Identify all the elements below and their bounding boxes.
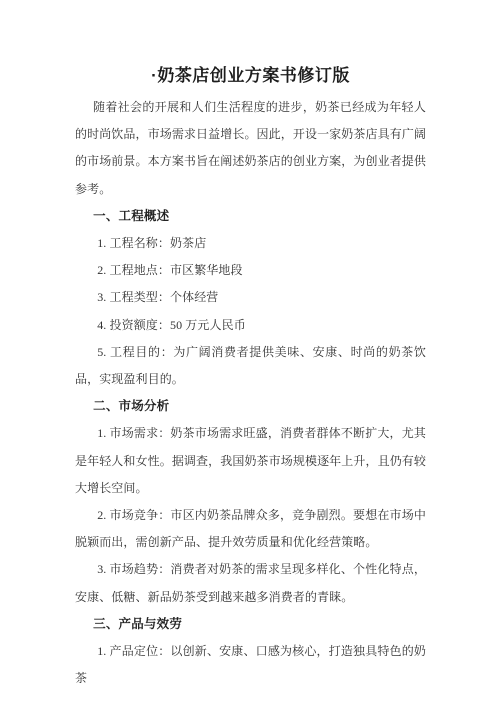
section-item: 3. 工程类型：个体经营 xyxy=(75,284,426,311)
sections-container: 一、工程概述1. 工程名称：奶茶店2. 工程地点：市区繁华地段3. 工程类型：个… xyxy=(75,203,426,693)
section-item: 2. 工程地点：市区繁华地段 xyxy=(75,257,426,284)
document-page: ·奶茶店创业方案书修订版 随着社会的开展和人们生活程度的进步，奶茶已经成为年轻人… xyxy=(0,0,500,707)
section-heading: 三、产品与效劳 xyxy=(75,611,426,638)
section-item: 3. 市场趋势：消费者对奶茶的需求呈现多样化、个性化特点，安康、低糖、新品奶茶受… xyxy=(75,556,426,610)
document-title: ·奶茶店创业方案书修订版 xyxy=(75,62,426,90)
section-heading: 二、市场分析 xyxy=(75,393,426,420)
section-item: 1. 产品定位：以创新、安康、口感为核心，打造独具特色的奶茶 xyxy=(75,638,426,692)
section-item: 5. 工程目的：为广阔消费者提供美味、安康、时尚的奶茶饮品，实现盈利目的。 xyxy=(75,339,426,393)
section-item: 1. 工程名称：奶茶店 xyxy=(75,230,426,257)
section-item: 2. 市场竞争：市区内奶茶品牌众多，竞争剧烈。要想在市场中脱颖而出，需创新产品、… xyxy=(75,502,426,556)
section-item: 4. 投资额度：50 万元人民币 xyxy=(75,312,426,339)
section-heading: 一、工程概述 xyxy=(75,203,426,230)
section-item: 1. 市场需求：奶茶市场需求旺盛，消费者群体不断扩大，尤其是年轻人和女性。据调查… xyxy=(75,420,426,502)
intro-paragraph: 随着社会的开展和人们生活程度的进步，奶茶已经成为年轻人的时尚饮品，市场需求日益增… xyxy=(75,94,426,203)
